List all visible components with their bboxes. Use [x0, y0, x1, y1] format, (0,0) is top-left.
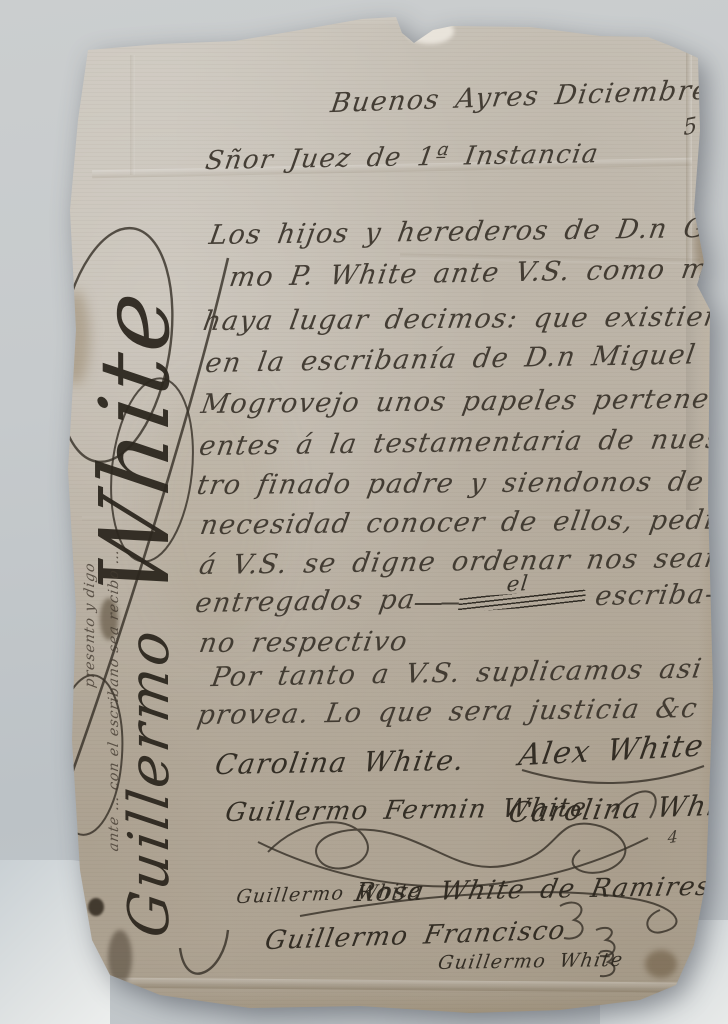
ink-blot — [108, 930, 132, 985]
margin-note-line: ante … con el escribano sea recibo … — [106, 547, 122, 852]
signature-flourish — [268, 822, 625, 873]
body-line: mo P. White ante V.S. como mejor — [227, 253, 728, 293]
strike-line-post: escriba- — [593, 579, 718, 612]
signature-carolina-white-1: Carolina White. — [213, 744, 468, 781]
crossed-out-word: el — [458, 589, 586, 612]
fold-crease — [90, 977, 690, 992]
margin-note-line: que habiendo … Gobierno … — [59, 692, 74, 908]
date-line: Buenos Ayres Diciembre 12/ — [329, 73, 728, 120]
edge-stain — [645, 950, 677, 978]
petition-line: Por tanto a V.S. suplicamos asi — [209, 653, 705, 693]
petition-line: provea. Lo que sera justicia &c — [195, 693, 700, 731]
signature-alex-white: Alex White — [516, 728, 706, 773]
interlinear-insertion: el — [506, 571, 531, 596]
manuscript-page: Guillermo White ante … con el escribano … — [0, 0, 728, 1024]
body-line: no respectivo — [197, 626, 411, 659]
body-line: Los hijos y herederos de D.n Guiller- — [207, 212, 728, 251]
fold-crease — [130, 55, 135, 175]
body-line-strikethrough: entregados paelescriba- — [193, 579, 718, 619]
margin-note-line: presento y digo — [82, 561, 98, 689]
signature-rosa-white-de-ramires: Rosa White de Ramires — [352, 872, 714, 908]
margin-signature-last: White — [79, 281, 191, 603]
body-line: en la escribanía de D.n Miguel — [203, 339, 698, 379]
signature-mark: 4 — [667, 826, 679, 847]
body-line: tro finado padre y siendonos de — [195, 466, 707, 501]
body-line: haya lugar decimos: que existiendo — [201, 301, 728, 337]
photo-backdrop: Guillermo White ante … con el escribano … — [0, 0, 728, 1024]
body-line: entes á la testamentaria de nues- — [197, 424, 728, 463]
body-line: á V.S. se digne ordenar nos sean — [197, 543, 726, 581]
body-line: Mogrovejo unos papeles pertenecí- — [199, 383, 728, 420]
body-line: necesidad conocer de ellos, pedimos — [198, 504, 728, 541]
torn-flap-highlight — [406, 18, 454, 44]
margin-note-line: … en vista de esta provincia … — [37, 800, 51, 1020]
signature-guillermo-white-bottom: Guillermo White — [437, 949, 626, 974]
salutation-line: Sñor Juez de 1ª Instancia — [203, 139, 601, 176]
margin-signature-first: Guillermo — [117, 624, 182, 941]
strike-line-pre: entregados pa — [193, 584, 418, 619]
manuscript-wrapper: Guillermo White ante … con el escribano … — [0, 0, 728, 1024]
date-fraction: 57 — [683, 110, 714, 142]
pen-connector-stroke — [414, 594, 460, 608]
